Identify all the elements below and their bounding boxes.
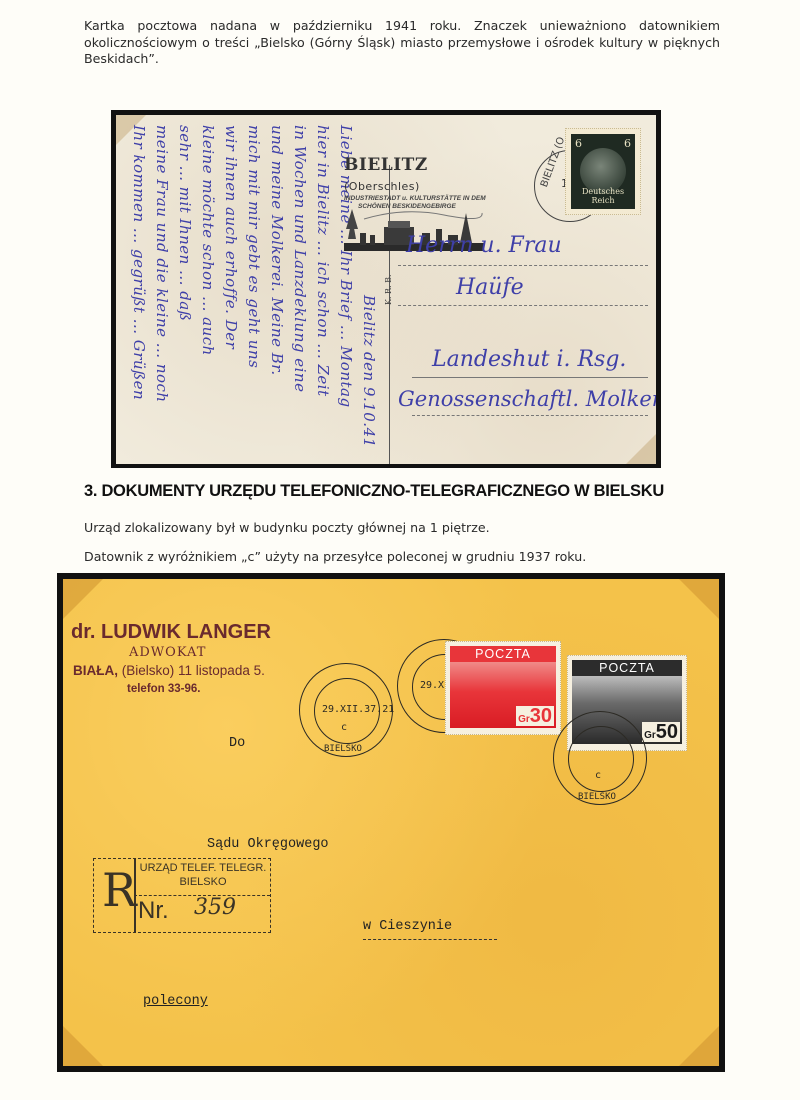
recipient-name: Sądu Okręgowego bbox=[207, 837, 329, 852]
section-heading: 3. DOKUMENTY URZĘDU TELEFONICZNO-TELEGRA… bbox=[84, 482, 664, 501]
sender-phone: telefon 33-96. bbox=[127, 683, 201, 695]
postcard-image: Bielitz den 9.10.41Liebe meine ... Ihr B… bbox=[111, 110, 661, 468]
photo-corner bbox=[626, 434, 656, 464]
address-line-3: Landeshut i. Rsg. bbox=[432, 347, 626, 372]
photo-corner bbox=[63, 579, 103, 619]
address-line-2: Haüfe bbox=[456, 275, 524, 300]
sender-name: dr. LUDWIK LANGER bbox=[71, 621, 271, 644]
sender-city: BIAŁA, bbox=[73, 663, 118, 678]
registration-label: R URZĄD TELEF. TELEGR. BIELSKO Nr. 359 bbox=[93, 858, 271, 933]
message-line: Ihr kommen ... gegrüßt ... Grüßen bbox=[130, 125, 148, 400]
registered-r-mark: R bbox=[102, 867, 137, 913]
printer-mark: K. R. B. bbox=[384, 274, 393, 305]
sender-title: ADWOKAT bbox=[129, 645, 206, 660]
recipient-prefix: Do bbox=[229, 736, 245, 751]
sender-address: (Bielsko) 11 listopada 5. bbox=[122, 663, 265, 678]
intro-paragraph: Kartka pocztowa nadana w październiku 19… bbox=[84, 18, 720, 68]
photo-corner bbox=[679, 1026, 719, 1066]
postmark: c BIELSKO bbox=[553, 711, 647, 805]
message-line: sehr ... mit Ihnen ... daß bbox=[176, 125, 194, 321]
message-line: mich mit mir gebt es geht uns bbox=[245, 125, 263, 368]
section-paragraph-2: Datownik z wyróżnikiem „c” użyty na prze… bbox=[84, 549, 720, 566]
registration-nr-label: Nr. bbox=[138, 897, 169, 925]
registration-number: 359 bbox=[194, 895, 236, 920]
slogan-title-suffix: (Oberschles) bbox=[344, 180, 420, 193]
message-line: hier in Bielitz ... ich schon ... Zeit bbox=[314, 125, 332, 397]
slogan-title: BIELITZ bbox=[344, 155, 428, 175]
registered-envelope-image: dr. LUDWIK LANGER ADWOKAT BIAŁA, (Bielsk… bbox=[57, 573, 725, 1072]
service-note: polecony bbox=[143, 994, 208, 1009]
photo-corner bbox=[679, 579, 719, 619]
address-line-1: Herrn u. Frau bbox=[406, 233, 562, 258]
message-line: und meine Molkerei. Meine Br. bbox=[268, 125, 286, 376]
message-line: in Wochen und Lanzdeklung eine bbox=[291, 125, 309, 392]
postmark: 29.XII.37.21 c BIELSKO bbox=[299, 663, 393, 757]
deutsches-reich-stamp: 6 6 Deutsches Reich bbox=[565, 128, 641, 215]
message-line: wir ihnen auch erhoffe. Der bbox=[222, 125, 240, 349]
message-line: Bielitz den 9.10.41 bbox=[360, 295, 378, 448]
address-line-4: Genossenschaftl. Molkerei bbox=[398, 387, 656, 411]
message-line: meine Frau und die kleine ... noch bbox=[153, 125, 171, 403]
photo-corner bbox=[63, 1026, 103, 1066]
message-line: kleine möchte schon ... auch bbox=[199, 125, 217, 356]
recipient-city: w Cieszynie bbox=[363, 919, 452, 934]
section-paragraph-1: Urząd zlokalizowany był w budynku poczty… bbox=[84, 520, 720, 537]
registration-office: URZĄD TELEF. TELEGR. BIELSKO bbox=[138, 861, 268, 889]
stamp-30gr: POCZTA POLSKA Gr30 bbox=[445, 641, 561, 735]
